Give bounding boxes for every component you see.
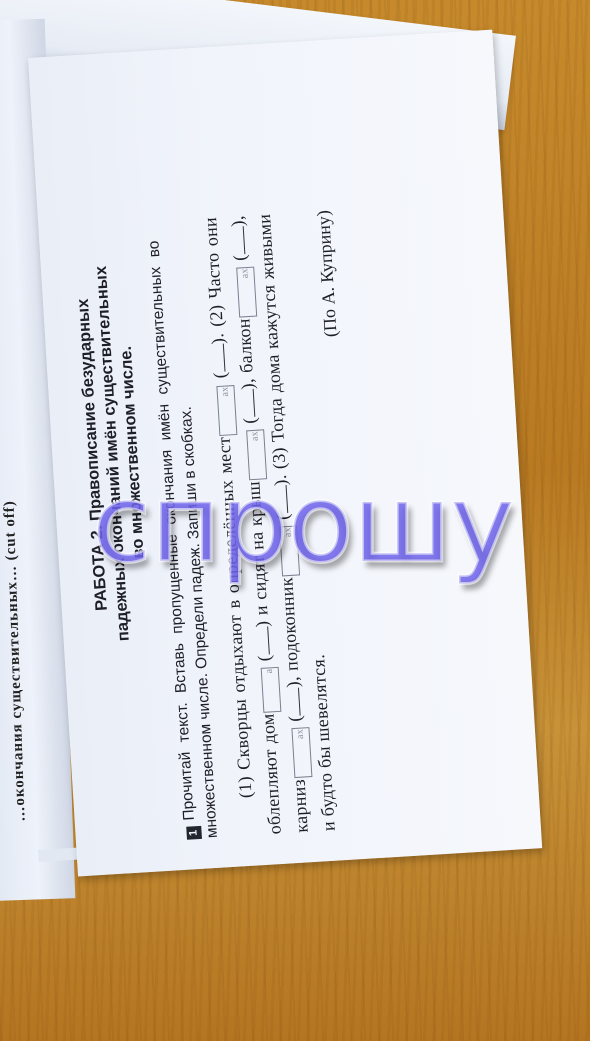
ending-input-box[interactable]: а (261, 667, 282, 713)
passage-text: ( (239, 417, 260, 430)
ending-input-box[interactable]: ах (291, 727, 312, 778)
passage-text: ( (254, 654, 275, 667)
case-blank-field[interactable] (239, 389, 256, 418)
adjacent-page-edge-text: …окончания существительных… (cut off) (1, 500, 29, 822)
passage-text: ( (210, 372, 231, 386)
passage-text: ( (229, 254, 250, 267)
watermark: спрошу (92, 470, 513, 580)
passage-text: ), балкон (233, 318, 257, 390)
exercise-number-badge-icon: 1 (186, 826, 202, 840)
worksheet-content: РАБОТА 2. Правописание безударных падежн… (60, 60, 526, 844)
case-blank-field[interactable] (284, 687, 301, 716)
passage-text: ), подоконник (276, 577, 303, 688)
ending-input-box[interactable]: ах (236, 267, 257, 318)
workbook-page: РАБОТА 2. Правописание безударных падежн… (28, 30, 542, 877)
ending-input-box[interactable]: ах (216, 385, 237, 436)
passage-text: ( (285, 715, 306, 728)
case-blank-field[interactable] (253, 627, 270, 656)
case-blank-field[interactable] (209, 344, 226, 373)
case-blank-field[interactable] (229, 226, 246, 255)
